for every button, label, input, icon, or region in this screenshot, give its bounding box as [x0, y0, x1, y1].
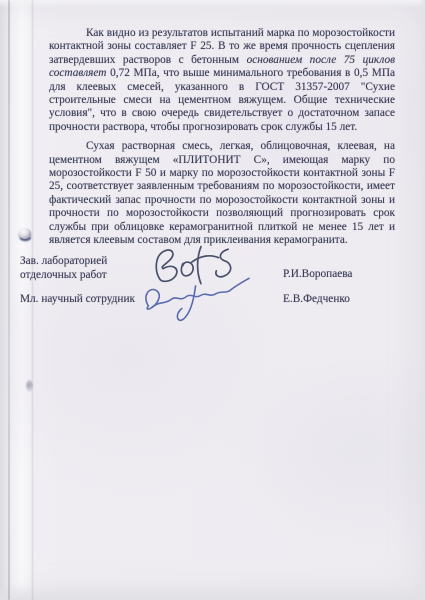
paragraph-plitonit-conclusion: Сухая растворная смесь, легкая, облицово…	[49, 140, 395, 247]
scan-edge-bottom	[0, 584, 425, 600]
signer1-title-line1: Зав. лабораторией	[20, 255, 107, 269]
signer1-name: Р.И.Воропаева	[283, 268, 352, 282]
signer2-title-line1: Мл. научный сотрудник	[20, 293, 135, 307]
signer2-name: Е.В.Федченко	[283, 293, 350, 307]
signer1-title-line2: отделочных работ	[20, 269, 107, 283]
document-body: Как видно из результатов испытаний марка…	[49, 27, 395, 248]
scanned-document-page: Как видно из результатов испытаний марка…	[0, 0, 425, 600]
scan-edge-top	[0, 0, 425, 8]
page-fold-crease	[8, 0, 10, 600]
paragraph-frost-resistance-results: Как видно из результатов испытаний марка…	[49, 27, 395, 134]
hole-punch-smudge	[26, 380, 33, 392]
scan-edge-right	[420, 0, 425, 600]
paper-fastener-icon	[19, 228, 31, 239]
